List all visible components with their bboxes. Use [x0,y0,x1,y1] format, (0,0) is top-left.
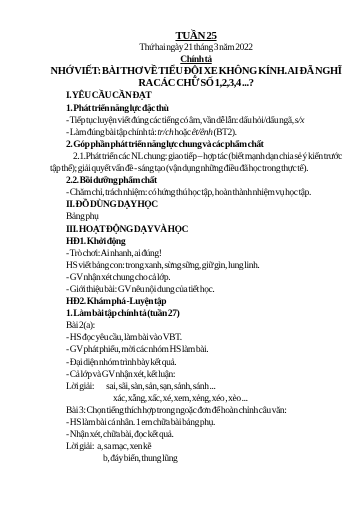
exercise-2a-solution-line1: Lời giải:sai, sãi, sàn, sản, sạn, sảnh, … [50,381,342,393]
exercise-3-solution-b: b, đáy biển, thung lũng [50,453,342,465]
paragraph-2-1: 2.1.Phát triển các NL chung: giao tiếp –… [50,151,342,175]
activity-1-step: - GV nhận xét chung cho cả lớp. [50,272,342,284]
week-heading: TUẦN 25 [50,30,342,42]
objective-item-2-emphasis-2: êt/ênh [192,128,213,138]
task-1-heading: 1. Làm bài tập chính tả (tuần 27) [50,308,342,320]
lesson-title-line2: RA CÁC CHỮ SỐ 1,2,3,4 ...? [50,78,342,90]
exercise-2a-step: - GV phát phiếu, mời các nhóm HS làm bài… [50,344,342,356]
exercise-2a-solution-items-x: xác, xẵng, xấc, xé, xem, xẻng, xéo , xèo… [50,393,342,405]
subsection-2-2-heading: 2.2. Bồi dưỡng phẩm chất [50,175,342,187]
paragraph-2-2: - Chăm chỉ, trách nhiệm: có hứng thú học… [50,187,342,199]
materials-item: Bảng phụ [50,211,342,223]
subsection-specific-skills-heading: 1. Phát triển năng lực đặc thù [50,103,342,115]
activity-2-heading: HĐ2. Khám phá -Luyện tập [50,296,342,308]
activity-1-heading: HĐ1. Khởi động [50,236,342,248]
activity-1-step: HS viết bảng con: trong xanh, sừng sững,… [50,260,342,272]
objective-item-1: - Tiếp tục luyện viết đúng các tiếng có … [50,115,342,127]
exercise-3-label: Bài 3: Chọn tiếng thích hợp trong ngoặc … [50,405,342,417]
activity-1-step: - Giới thiệu bài: GV nêu nội dung của ti… [50,284,342,296]
section-activities-heading: III. HOẠT ĐỘNG DẠY VÀ HỌC [50,224,342,236]
exercise-3-step: - Nhận xét, chữa bài, đọc kết quả. [50,429,342,441]
section-materials-heading: II. ĐỒ DÙNG DẠY HỌC [50,199,342,211]
exercise-3-solution-a-text: a, sa mạc, xen kẽ [97,442,151,452]
objective-item-2: - Làm đúng bài tập chính tả: tr/ch hoặc … [50,127,342,139]
objective-item-1-text: - Tiếp tục luyện viết đúng các tiếng có … [66,116,295,126]
lesson-plan-page: TUẦN 25 Thứ hai ngày 21 tháng 3 năm 2022… [0,0,364,514]
section-objectives-heading: I. YÊU CẦU CẦN ĐẠT [50,90,342,102]
objective-item-2-emphasis-1: tr/ch [157,128,173,138]
activity-1-step: - Trò chơi: Ai nhanh, ai đúng! [50,248,342,260]
date-line: Thứ hai ngày 21 tháng 3 năm 2022 [50,42,342,54]
exercise-2a-solution-items-s: sai, sãi, sàn, sản, sạn, sảnh, sánh ... [106,382,215,392]
exercise-3-step: - HS làm bài cá nhân. 1 em chữa bài bảng… [50,417,342,429]
objective-item-1-emphasis: s/x [295,116,304,126]
objective-item-2-mid: hoặc [173,128,191,138]
objective-item-2-text: - Làm đúng bài tập chính tả: [66,128,157,138]
solution-label: Lời giải: [66,442,94,452]
objective-item-2-end: (BT2). [212,128,236,138]
subject-heading: Chính tả [50,54,342,66]
lesson-title-line1: NHỚ VIẾT: BÀI THƠ VỀ TIỂU ĐỘI XE KHÔNG K… [50,66,342,78]
exercise-2a-step: - Cả lớp và GV nhận xét, kết luận: [50,369,342,381]
exercise-3-solution-a: Lời giải:a, sa mạc, xen kẽ [50,441,342,453]
exercise-2a-step: - Đại diện nhóm trình bày kết quả. [50,357,342,369]
subsection-general-skills-heading: 2. Góp phần phát triển năng lực chung và… [50,139,342,151]
solution-label: Lời giải: [66,382,94,392]
exercise-2a-step: - HS đọc yêu cầu, làm bài vào VBT. [50,332,342,344]
exercise-2a-label: Bài 2(a): [50,320,342,332]
